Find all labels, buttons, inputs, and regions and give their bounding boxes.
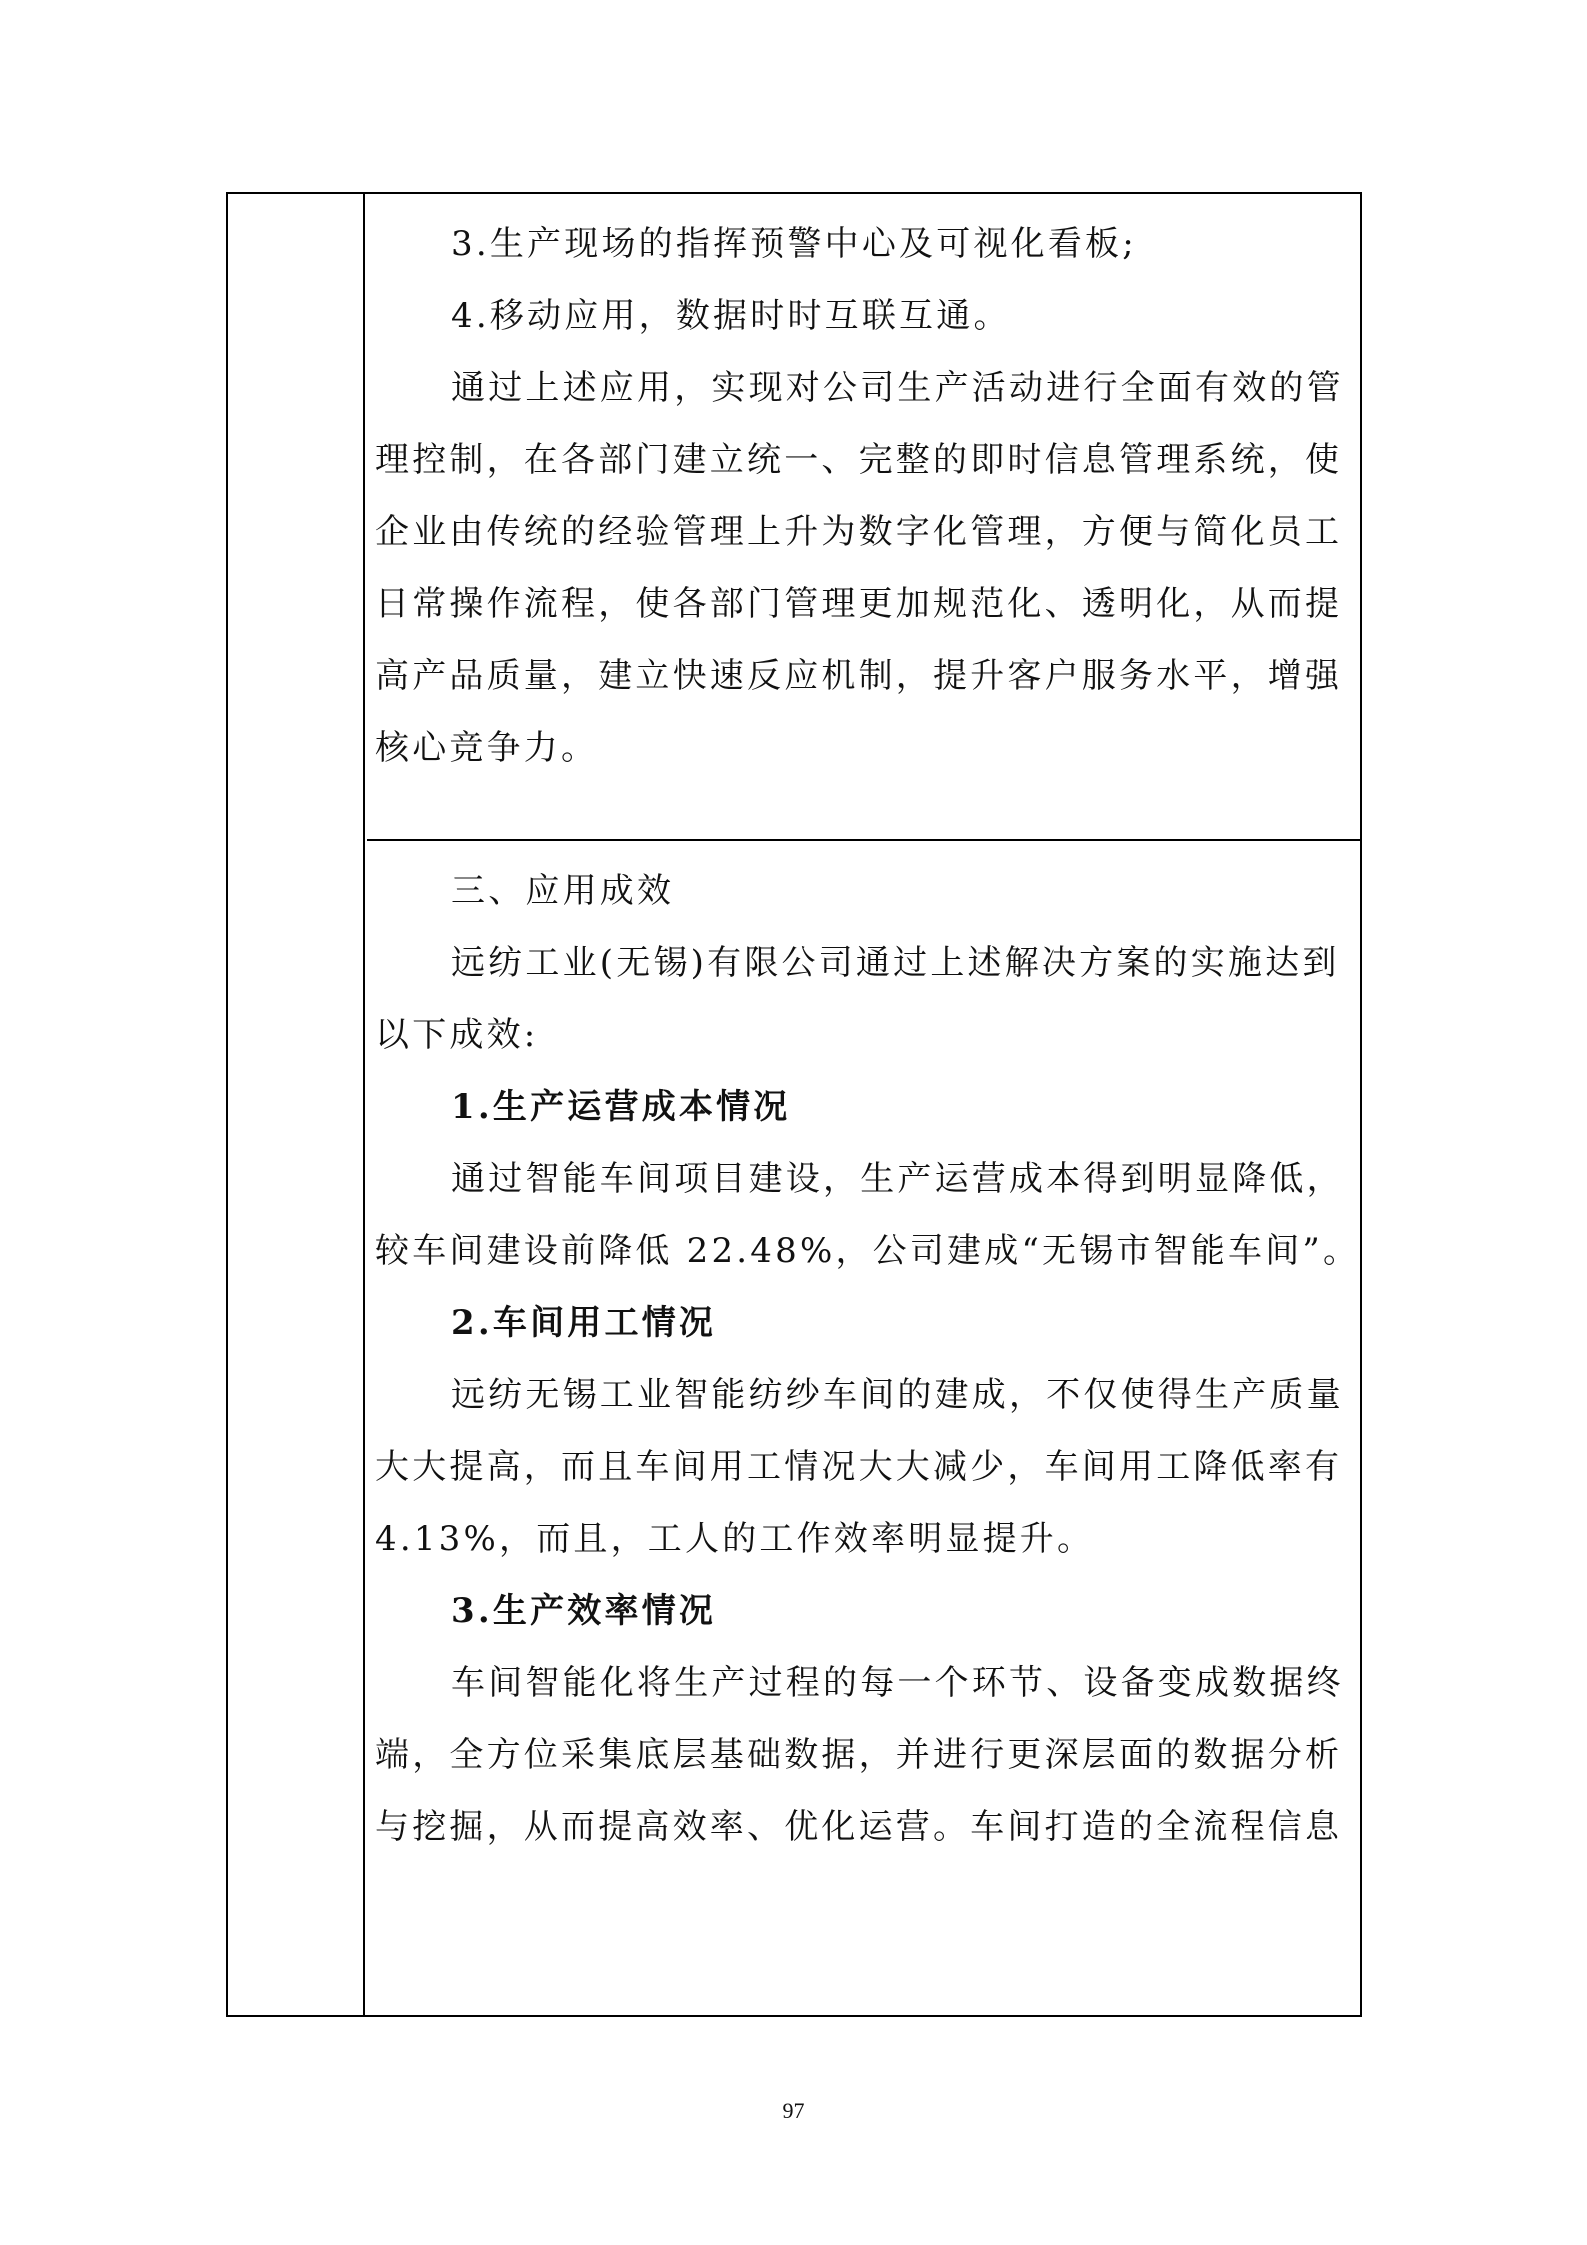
paragraph-line: 远纺工业(无锡)有限公司通过上述解决方案的实施达到 xyxy=(375,943,1350,983)
paragraph-line: 远纺无锡工业智能纺纱车间的建成，不仅使得生产质量 xyxy=(375,1375,1350,1415)
paragraph-line: 端，全方位采集底层基础数据，并进行更深层面的数据分析 xyxy=(375,1735,1350,1775)
paragraph-line: 4.13%，而且，工人的工作效率明显提升。 xyxy=(375,1519,1350,1559)
paragraph-line: 理控制，在各部门建立统一、完整的即时信息管理系统，使 xyxy=(375,440,1350,480)
paragraph-line: 日常操作流程，使各部门管理更加规范化、透明化，从而提 xyxy=(375,584,1350,624)
paragraph-line: 较车间建设前降低 22.48%，公司建成“无锡市智能车间”。 xyxy=(375,1231,1350,1271)
paragraph-line: 通过上述应用，实现对公司生产活动进行全面有效的管 xyxy=(375,368,1350,408)
paragraph-line: 核心竞争力。 xyxy=(375,728,1350,768)
paragraph-line: 高产品质量，建立快速反应机制，提升客户服务水平，增强 xyxy=(375,656,1350,696)
paragraph-line: 大大提高，而且车间用工情况大大减少，车间用工降低率有 xyxy=(375,1447,1350,1487)
subheading-labor: 2.车间用工情况 xyxy=(375,1303,1350,1343)
table-cell-solution-continued: 3.生产现场的指挥预警中心及可视化看板; 4.移动应用，数据时时互联互通。 通过… xyxy=(367,194,1360,841)
list-item-4: 4.移动应用，数据时时互联互通。 xyxy=(375,296,1350,336)
subheading-cost: 1.生产运营成本情况 xyxy=(375,1087,1350,1127)
list-item-3: 3.生产现场的指挥预警中心及可视化看板; xyxy=(375,224,1350,264)
content-table: 3.生产现场的指挥预警中心及可视化看板; 4.移动应用，数据时时互联互通。 通过… xyxy=(226,192,1362,2017)
paragraph-line: 与挖掘，从而提高效率、优化运营。车间打造的全流程信息 xyxy=(375,1807,1350,1847)
paragraph-line: 车间智能化将生产过程的每一个环节、设备变成数据终 xyxy=(375,1663,1350,1703)
paragraph-line: 以下成效: xyxy=(375,1015,1350,1055)
paragraph-line: 通过智能车间项目建设，生产运营成本得到明显降低， xyxy=(375,1159,1350,1199)
table-left-column xyxy=(228,194,365,2015)
subheading-efficiency: 3.生产效率情况 xyxy=(375,1591,1350,1631)
page-number: 97 xyxy=(0,2098,1587,2124)
table-cell-application-results: 三、应用成效 远纺工业(无锡)有限公司通过上述解决方案的实施达到 以下成效: 1… xyxy=(367,841,1360,2015)
section-heading: 三、应用成效 xyxy=(375,871,1350,911)
paragraph-line: 企业由传统的经验管理上升为数字化管理，方便与简化员工 xyxy=(375,512,1350,552)
